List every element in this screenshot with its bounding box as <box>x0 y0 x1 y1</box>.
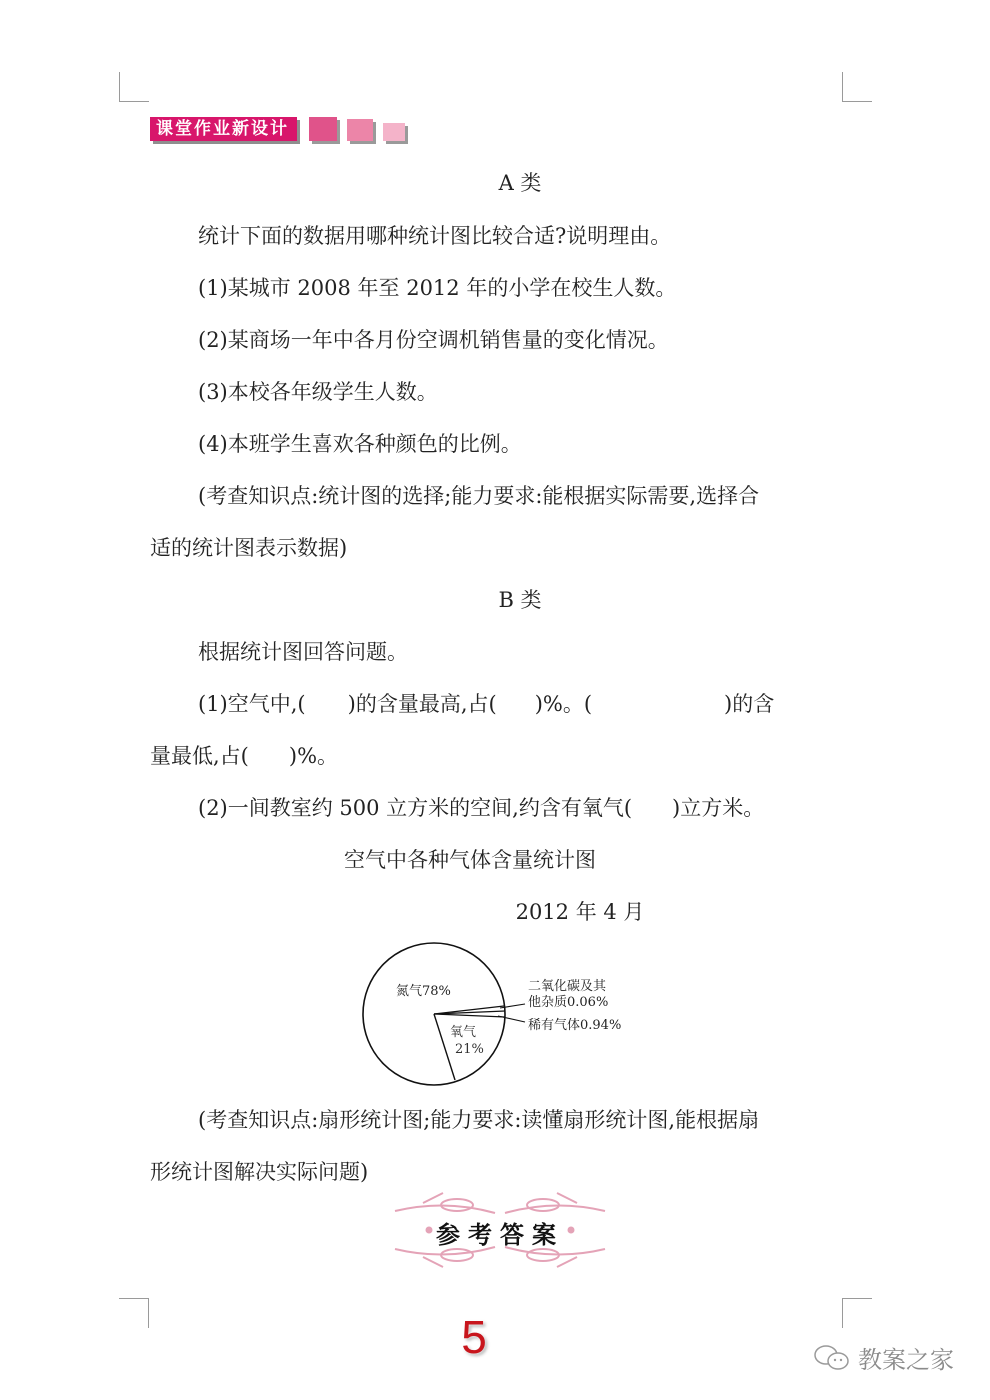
question-1-line1: (1)空气中,()的含量最高,占()%。()的含 <box>198 691 774 717</box>
label-rare-gas: 稀有气体0.94% <box>528 1017 621 1033</box>
page-number: 5 <box>452 1312 496 1362</box>
q1-text-b: )的含量最高,占( <box>348 692 497 716</box>
section-a-note-line2: 适的统计图表示数据) <box>150 535 347 561</box>
q1-text-d: )的含 <box>724 692 774 716</box>
wechat-icon <box>812 1343 852 1373</box>
question-1-line2: 量最低,占()%。 <box>150 743 338 769</box>
q1-text-c: )%。( <box>535 692 592 716</box>
chart-title: 空气中各种气体含量统计图 <box>0 847 990 873</box>
crop-mark-bl-v <box>148 1298 149 1328</box>
crop-mark-br-h <box>842 1298 872 1299</box>
section-a-heading: A 类 <box>0 170 990 196</box>
crop-mark-tr-h <box>842 101 872 102</box>
section-a-prompt: 统计下面的数据用哪种统计图比较合适?说明理由。 <box>198 223 671 249</box>
answer-banner: 参考答案 <box>385 1185 615 1275</box>
page-header: 课堂作业新设计 <box>150 117 405 141</box>
answer-label: 参考答案 <box>385 1215 615 1250</box>
section-b-note-line1: (考查知识点:扇形统计图;能力要求:读懂扇形统计图,能根据扇 <box>198 1107 759 1133</box>
header-square-1 <box>309 117 337 141</box>
q1-text-f: )%。 <box>289 744 338 768</box>
section-a-item-2: (2)某商场一年中各月份空调机销售量的变化情况。 <box>198 327 669 353</box>
crop-mark-tl-h <box>119 101 149 102</box>
section-a-note-line1: (考查知识点:统计图的选择;能力要求:能根据实际需要,选择合 <box>198 483 759 509</box>
chart-date: 2012 年 4 月 <box>60 899 990 925</box>
q2-text-a: (2)一间教室约 500 立方米的空间,约含有氧气( <box>198 796 632 820</box>
label-oxygen-pct: 21% <box>455 1042 484 1057</box>
q2-text-b: )立方米。 <box>672 796 764 820</box>
header-title: 课堂作业新设计 <box>150 117 297 141</box>
label-co2-line1: 二氧化碳及其 <box>528 978 607 994</box>
watermark-text: 教案之家 <box>858 1340 954 1375</box>
section-a-item-4: (4)本班学生喜欢各种颜色的比例。 <box>198 431 522 457</box>
pie-chart: 氮气78% 氧气 21% 二氧化碳及其 他杂质0.06% 稀有气体0.94% <box>340 940 660 1100</box>
label-oxygen-name: 氧气 <box>450 1025 476 1040</box>
q1-text-a: (1)空气中,( <box>198 692 306 716</box>
label-nitrogen: 氮气78% <box>396 984 451 999</box>
crop-mark-bl-h <box>119 1298 149 1299</box>
crop-mark-br-v <box>842 1298 843 1328</box>
question-2: (2)一间教室约 500 立方米的空间,约含有氧气()立方米。 <box>198 795 764 821</box>
section-b-prompt: 根据统计图回答问题。 <box>198 639 408 665</box>
section-a-item-1: (1)某城市 2008 年至 2012 年的小学在校生人数。 <box>198 275 676 301</box>
label-co2-line2: 他杂质0.06% <box>528 994 608 1010</box>
q1-text-e: 量最低,占( <box>150 744 249 768</box>
header-square-2 <box>347 119 373 141</box>
section-a-item-3: (3)本校各年级学生人数。 <box>198 379 438 405</box>
section-b-note-line2: 形统计图解决实际问题) <box>150 1159 368 1185</box>
crop-mark-tl-v <box>119 72 120 102</box>
watermark: 教案之家 <box>812 1340 954 1375</box>
header-square-3 <box>383 123 405 141</box>
crop-mark-tr-v <box>842 72 843 102</box>
section-b-heading: B 类 <box>0 587 990 613</box>
